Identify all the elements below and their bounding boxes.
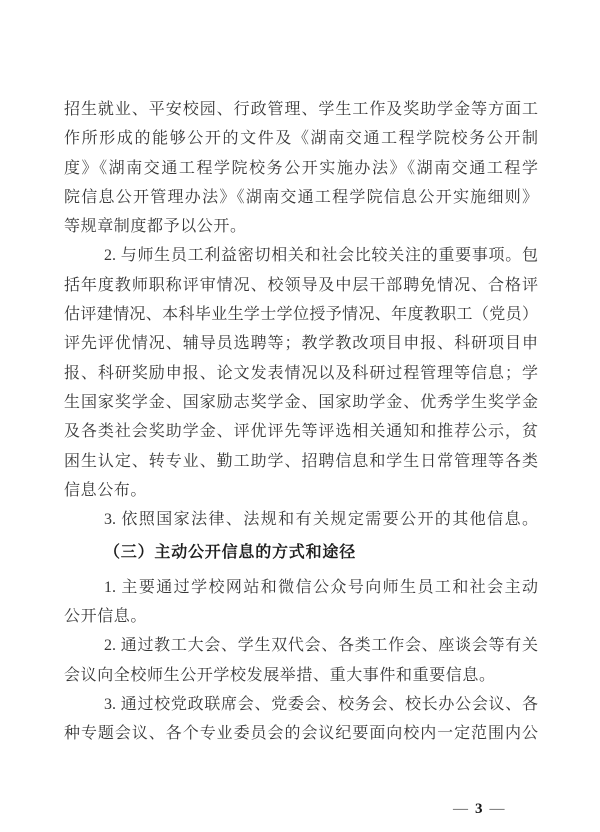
text-line: 招生就业、平安校园、行政管理、学生工作及奖助学金等方面工: [64, 95, 538, 124]
text-line: 等规章制度都予以公开。: [64, 212, 538, 241]
text-line: 2. 通过教工大会、学生双代会、各类工作会、座谈会等有关: [64, 631, 538, 660]
text-line: 信息公布。: [64, 476, 538, 505]
paragraph: 2. 与师生员工利益密切相关和社会比较关注的重要事项。包括年度教师职称评审情况、…: [64, 241, 538, 505]
text-line: 生国家奖学金、国家励志奖学金、国家助学金、优秀学生奖学金: [64, 388, 538, 417]
paragraph: 3. 通过校党政联席会、党委会、校务会、校长办公会议、各种专题会议、各个专业委员…: [64, 690, 538, 749]
text-line: 及各类社会奖助学金、评优评先等评选相关通知和推荐公示，贫: [64, 417, 538, 446]
text-line: 院信息公开管理办法》《湖南交通工程学院信息公开实施细则》: [64, 183, 538, 212]
paragraph: 招生就业、平安校园、行政管理、学生工作及奖助学金等方面工作所形成的能够公开的文件…: [64, 95, 538, 241]
text-line: 评先评优情况、辅导员选聘等；教学教改项目申报、科研项目申: [64, 329, 538, 358]
text-line: 1. 主要通过学校网站和微信公众号向师生员工和社会主动: [64, 573, 538, 602]
text-line: 种专题会议、各个专业委员会的会议纪要面向校内一定范围内公: [64, 719, 538, 748]
document-body: 招生就业、平安校园、行政管理、学生工作及奖助学金等方面工作所形成的能够公开的文件…: [64, 95, 538, 749]
text-line: 估评建情况、本科毕业生学士学位授予情况、年度教职工（党员）: [64, 300, 538, 329]
paragraph: 3. 依照国家法律、法规和有关规定需要公开的其他信息。: [64, 505, 538, 534]
text-line: 会议向全校师生公开学校发展举措、重大事件和重要信息。: [64, 661, 538, 690]
text-line: 公开信息。: [64, 602, 538, 631]
page-number: — 3 —: [453, 800, 505, 818]
text-line: 度》《湖南交通工程学院校务公开实施办法》《湖南交通工程学: [64, 154, 538, 183]
text-line: 作所形成的能够公开的文件及《湖南交通工程学院校务公开制: [64, 124, 538, 153]
text-line: 报、科研奖励申报、论文发表情况以及科研过程管理等信息；学: [64, 359, 538, 388]
text-line: 困生认定、转专业、勤工助学、招聘信息和学生日常管理等各类: [64, 447, 538, 476]
text-line: 2. 与师生员工利益密切相关和社会比较关注的重要事项。包: [64, 241, 538, 270]
section-heading: （三）主动公开信息的方式和途径: [64, 538, 538, 567]
page-number-dash-right: —: [490, 800, 505, 818]
paragraph: 2. 通过教工大会、学生双代会、各类工作会、座谈会等有关会议向全校师生公开学校发…: [64, 631, 538, 690]
text-line: （三）主动公开信息的方式和途径: [64, 538, 538, 567]
paragraph: 1. 主要通过学校网站和微信公众号向师生员工和社会主动公开信息。: [64, 573, 538, 632]
page-number-value: 3: [475, 800, 483, 818]
text-line: 括年度教师职称评审情况、校领导及中层干部聘免情况、合格评: [64, 271, 538, 300]
text-line: 3. 依照国家法律、法规和有关规定需要公开的其他信息。: [64, 505, 538, 534]
text-line: 3. 通过校党政联席会、党委会、校务会、校长办公会议、各: [64, 690, 538, 719]
page-number-dash-left: —: [453, 800, 468, 818]
document-page: 招生就业、平安校园、行政管理、学生工作及奖助学金等方面工作所形成的能够公开的文件…: [0, 0, 600, 832]
